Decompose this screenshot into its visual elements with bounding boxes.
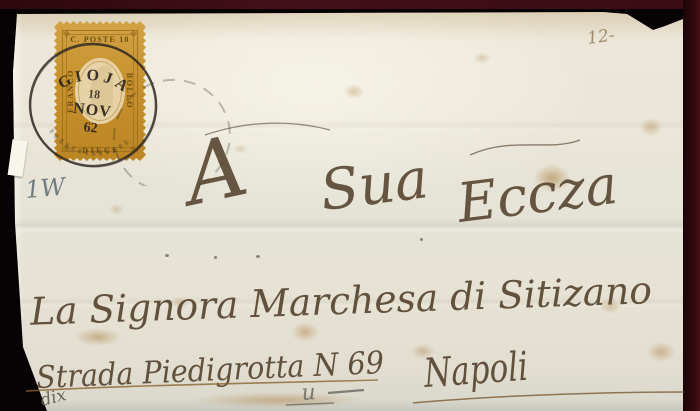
background-border-top	[0, 0, 700, 9]
ink-speck	[256, 255, 260, 258]
postmark-year: 62	[83, 120, 98, 136]
foxing-spot	[411, 344, 435, 359]
foxing-spot	[647, 342, 675, 362]
ink-speck	[165, 254, 169, 257]
ink-speck	[420, 238, 423, 241]
foxing-spot	[171, 296, 189, 310]
foxing-spot	[291, 322, 319, 342]
background-border-right	[683, 0, 700, 411]
foxing-spot	[599, 298, 621, 314]
foxing-spot	[639, 118, 663, 136]
foxing-spot	[533, 164, 571, 192]
postmark-month: NOV	[72, 100, 112, 121]
foxing-spot	[343, 84, 365, 99]
foxing-spot	[473, 52, 491, 64]
postmark-cancel: GIOJA 18 NOV 62	[20, 36, 240, 186]
foxing-spot	[75, 328, 121, 346]
ink-speck	[214, 256, 217, 259]
photograph-of-postal-cover: C. POSTE 10 DIECI FRANCO BOLLO GIOJA 18 …	[0, 0, 700, 411]
bottom-shadow	[13, 399, 683, 411]
foxing-spot	[109, 204, 124, 215]
fold-crease	[13, 296, 683, 308]
postmark-day: 18	[87, 86, 100, 101]
fold-crease	[13, 218, 683, 234]
